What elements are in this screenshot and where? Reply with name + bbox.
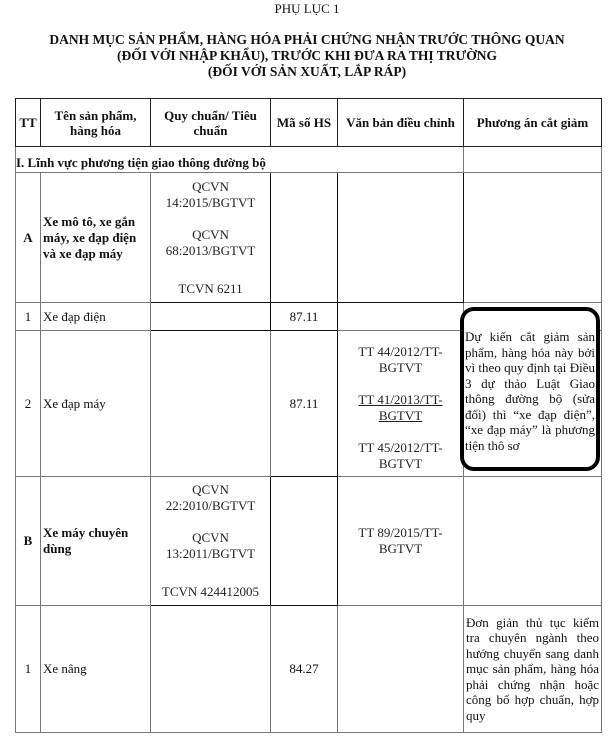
document-title: DANH MỤC SẢN PHẨM, HÀNG HÓA PHẢI CHỨNG N…	[0, 32, 614, 80]
standard-1: QCVN 22:2010/BGTVT	[153, 482, 268, 514]
standard-2: QCVN 13:2011/BGTVT	[153, 530, 268, 562]
row-a2-tt: 2	[16, 331, 41, 477]
callout-note-box: Dự kiến cắt giảm sản phẩm, hàng hóa này …	[460, 307, 600, 471]
row-a1-hs-code: 87.11	[271, 303, 338, 331]
legal-doc[interactable]: TT 89/2015/TT-BGTVT	[356, 525, 446, 557]
legal-doc-3[interactable]: TT 45/2012/TT-BGTVT	[356, 440, 446, 472]
standard-3: TCVN 424412005	[153, 584, 268, 600]
row-b1-name: Xe nâng	[41, 606, 151, 733]
appendix-label: PHỤ LỤC 1	[0, 0, 614, 17]
standard-3: TCVN 6211	[153, 281, 268, 297]
standard-1: QCVN 14:2015/BGTVT	[153, 179, 268, 211]
row-a1-legal-doc	[338, 303, 464, 331]
title-line-3: (ĐỐI VỚI SẢN XUẤT, LẮP RÁP)	[0, 64, 614, 80]
row-b1-legal-doc	[338, 606, 464, 733]
row-a2-name: Xe đạp máy	[41, 331, 151, 477]
header-cut-plan: Phương án cắt giảm	[464, 99, 602, 147]
row-a-hs-code	[271, 173, 338, 303]
title-line-1: DANH MỤC SẢN PHẨM, HÀNG HÓA PHẢI CHỨNG N…	[0, 32, 614, 48]
row-a-standards: QCVN 14:2015/BGTVT QCVN 68:2013/BGTVT TC…	[151, 173, 271, 303]
row-a-legal-doc	[338, 173, 464, 303]
legal-doc-1[interactable]: TT 44/2012/TT-BGTVT	[356, 344, 446, 376]
section-title: I. Lĩnh vực phương tiện giao thông đường…	[16, 147, 464, 173]
callout-note-text: Dự kiến cắt giảm sản phẩm, hàng hóa này …	[465, 329, 595, 453]
title-line-2: (ĐỐI VỚI NHẬP KHẨU), TRƯỚC KHI ĐƯA RA TH…	[0, 48, 614, 64]
row-b-cut-plan	[464, 477, 602, 606]
row-a2-standard	[151, 331, 271, 477]
row-a1-standard	[151, 303, 271, 331]
table-row: A Xe mô tô, xe gắn máy, xe đạp điện và x…	[16, 173, 602, 303]
header-tt: TT	[16, 99, 41, 147]
table-row: 1 Xe nâng 84.27 Đơn giản thủ tục kiểm tr…	[16, 606, 602, 733]
row-b-legal-doc: TT 89/2015/TT-BGTVT	[338, 477, 464, 606]
legal-doc-2-link[interactable]: TT 41/2013/TT-BGTVT	[356, 392, 446, 424]
row-a2-hs-code: 87.11	[271, 331, 338, 477]
row-a-cut-plan	[464, 173, 602, 303]
row-a-name: Xe mô tô, xe gắn máy, xe đạp điện và xe …	[41, 173, 151, 303]
section-empty-cell	[464, 147, 602, 173]
row-b1-tt: 1	[16, 606, 41, 733]
table-header-row: TT Tên sản phẩm, hàng hóa Quy chuẩn/ Tiê…	[16, 99, 602, 147]
row-a1-name: Xe đạp điện	[41, 303, 151, 331]
standard-2: QCVN 68:2013/BGTVT	[153, 227, 268, 259]
row-b-hs-code	[271, 477, 338, 606]
row-b-tt: B	[16, 477, 41, 606]
header-standard: Quy chuẩn/ Tiêu chuẩn	[151, 99, 271, 147]
row-b-standards: QCVN 22:2010/BGTVT QCVN 13:2011/BGTVT TC…	[151, 477, 271, 606]
row-b-name: Xe máy chuyên dùng	[41, 477, 151, 606]
row-b1-hs-code: 84.27	[271, 606, 338, 733]
row-a2-legal-docs: TT 44/2012/TT-BGTVT TT 41/2013/TT-BGTVT …	[338, 331, 464, 477]
row-b1-cut-plan: Đơn giản thủ tục kiểm tra chuyên ngành t…	[464, 606, 602, 733]
row-a1-tt: 1	[16, 303, 41, 331]
row-a-tt: A	[16, 173, 41, 303]
header-hs-code: Mã số HS	[271, 99, 338, 147]
row-b1-standard	[151, 606, 271, 733]
header-legal-doc: Văn bản điều chỉnh	[338, 99, 464, 147]
table-row: B Xe máy chuyên dùng QCVN 22:2010/BGTVT …	[16, 477, 602, 606]
header-name: Tên sản phẩm, hàng hóa	[41, 99, 151, 147]
section-row: I. Lĩnh vực phương tiện giao thông đường…	[16, 147, 602, 173]
